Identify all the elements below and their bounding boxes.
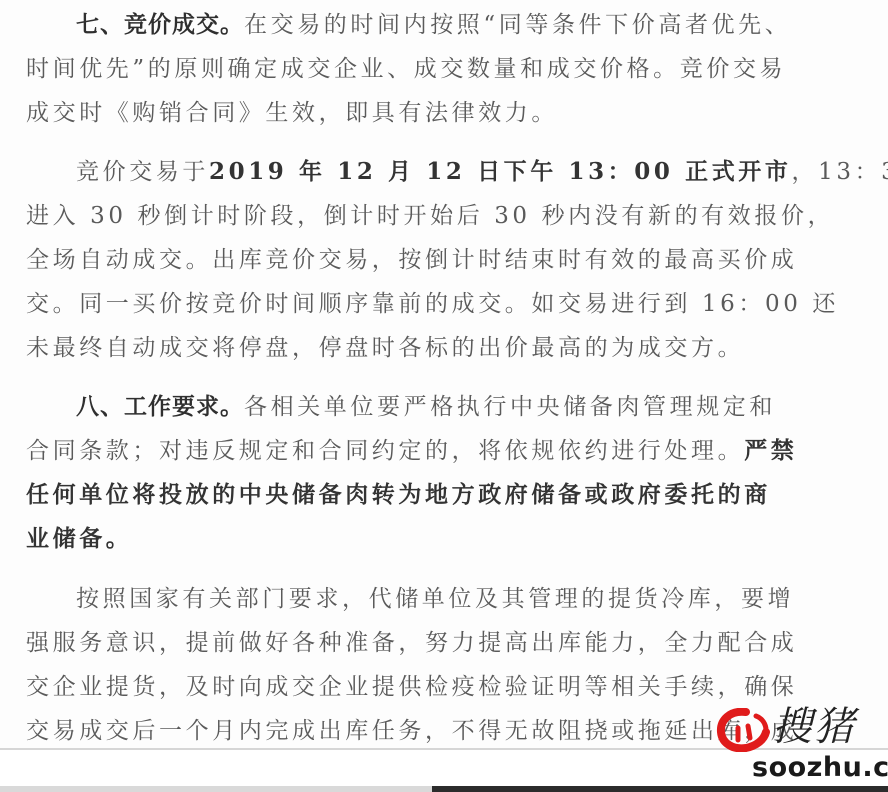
section-8-line-1: 八、工作要求。各相关单位要严格执行中央储备肉管理规定和 xyxy=(76,392,836,422)
section-8-line-2-text: 合同条款；对违反规定和合同约定的，将依规依约进行处理。 xyxy=(26,438,744,464)
soozhu-logo-icon xyxy=(716,708,772,752)
section-8-line-3: 任何单位将投放的中央储备肉转为地方政府储备或政府委托的商 xyxy=(26,480,786,510)
paragraph-2-bold-date: 2019 年 12 月 12 日下午 13：00 正式开市 xyxy=(209,158,792,185)
section-8-heading: 八、工作要求。 xyxy=(76,394,244,420)
section-8-line-4: 业储备。 xyxy=(26,524,786,554)
paragraph-2-line-2: 进入 30 秒倒计时阶段，倒计时开始后 30 秒内没有新的有效报价， xyxy=(26,201,786,231)
section-8-text: 各相关单位要严格执行中央储备肉管理规定和 xyxy=(244,394,776,420)
watermark-url: soozhu.com xyxy=(750,752,888,783)
paragraph-4-line-4: 交易成交后一个月内完成出库任务，不得无故阻挠或拖延出库，成 xyxy=(26,716,786,746)
section-7-line-3: 成交时《购销合同》生效，即具有法律效力。 xyxy=(26,98,786,128)
paragraph-2-line-3: 全场自动成交。出库竞价交易，按倒计时结束时有效的最高买价成 xyxy=(26,245,786,275)
section-7-heading: 七、竞价成交。 xyxy=(76,12,244,38)
paragraph-2-prefix: 竞价交易于 xyxy=(76,159,209,185)
section-8-line-2: 合同条款；对违反规定和合同约定的，将依规依约进行处理。严禁 xyxy=(26,436,786,466)
paragraph-4-line-2: 强服务意识，提前做好各种准备，努力提高出库能力，全力配合成 xyxy=(26,628,786,658)
paragraph-2-suffix: ，13：30 xyxy=(792,159,888,185)
section-7-text: 在交易的时间内按照“同等条件下价高者优先、 xyxy=(244,12,791,38)
soozhu-watermark: 搜猪 soozhu.com xyxy=(716,708,888,788)
bottom-bar-light xyxy=(0,786,432,792)
paragraph-2-line-5: 未最终自动成交将停盘，停盘时各标的出价最高的为成交方。 xyxy=(26,333,786,363)
watermark-brand-cn: 搜猪 xyxy=(772,702,856,752)
paragraph-4-line-3: 交企业提货，及时向成交企业提供检疫检验证明等相关手续，确保 xyxy=(26,672,786,702)
section-7-line-1: 七、竞价成交。在交易的时间内按照“同等条件下价高者优先、 xyxy=(76,10,836,40)
paragraph-4-line-1: 按照国家有关部门要求，代储单位及其管理的提货冷库，要增 xyxy=(76,584,836,614)
section-8-prohibition-start: 严禁 xyxy=(744,437,797,464)
paragraph-2-line-4: 交。同一买价按竞价时间顺序靠前的成交。如交易进行到 16：00 还 xyxy=(26,289,786,319)
paragraph-2-line-1: 竞价交易于2019 年 12 月 12 日下午 13：00 正式开市，13：30 xyxy=(76,157,836,187)
section-7-line-2: 时间优先”的原则确定成交企业、成交数量和成交价格。竞价交易 xyxy=(26,54,786,84)
document-page: 七、竞价成交。在交易的时间内按照“同等条件下价高者优先、 时间优先”的原则确定成… xyxy=(0,0,888,750)
